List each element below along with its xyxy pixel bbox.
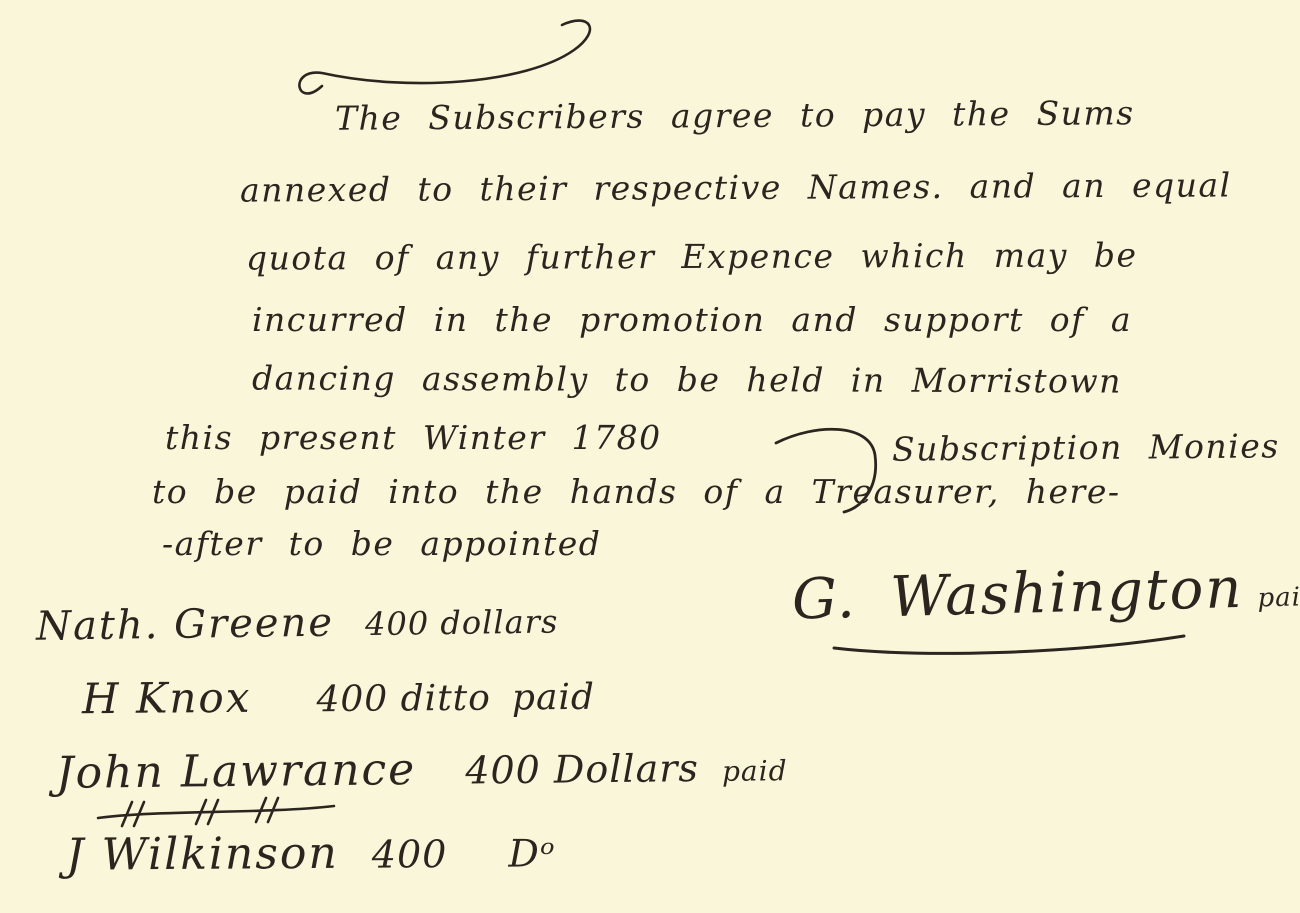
subscriber-name: Nath. Greene [36,600,335,650]
subscriber-amount: 400 ditto [316,678,491,721]
subscriber-row-wilkinson: J Wilkinson 400 Dᵒ [66,826,556,880]
body-line: incurred in the promotion and support of… [252,300,1132,339]
body-line: annexed to their respective Names. and a… [240,165,1232,209]
subscriber-name: J Wilkinson [66,828,339,881]
washington-signature: G. Washingtonpaid P.D [791,552,1300,632]
subscriber-row-greene: Nath. Greene 400 dollars [36,596,573,649]
body-line: -after to be appointed [162,524,601,563]
subscriber-amount: 400 dollars [365,602,559,643]
subscriber-row-lawrance: John Lawrance 400 Dollars paid [56,740,788,799]
subscriber-row-knox: H Knox 400 ditto paid [82,670,595,723]
side-note: Subscription Monies [892,426,1280,468]
cancellation-hatch-marks [96,796,336,832]
subscriber-amount: 400 Dollars [465,746,699,792]
subscriber-amount: 400 [372,832,448,877]
subscriber-note: paid [722,754,788,788]
body-line: dancing assembly to be held in Morristow… [252,358,1122,400]
body-line: this present Winter 1780 [165,418,662,457]
manuscript-page: The Subscribers agree to pay the Sums an… [0,0,1300,913]
washington-signature-note: paid P.D [1257,580,1300,613]
subscriber-note: paid [512,677,595,719]
subscriber-name: John Lawrance [56,744,417,799]
subscriber-note: Dᵒ [508,831,555,875]
subscriber-name: H Knox [82,673,252,723]
washington-signature-name: G. Washington [791,556,1244,633]
body-line: quota of any further Expence which may b… [246,235,1138,277]
body-line: The Subscribers agree to pay the Sums [335,93,1135,138]
signature-flourish [830,630,1190,656]
body-line: to be paid into the hands of a Treasurer… [152,472,1121,511]
brace-flourish [772,415,892,515]
